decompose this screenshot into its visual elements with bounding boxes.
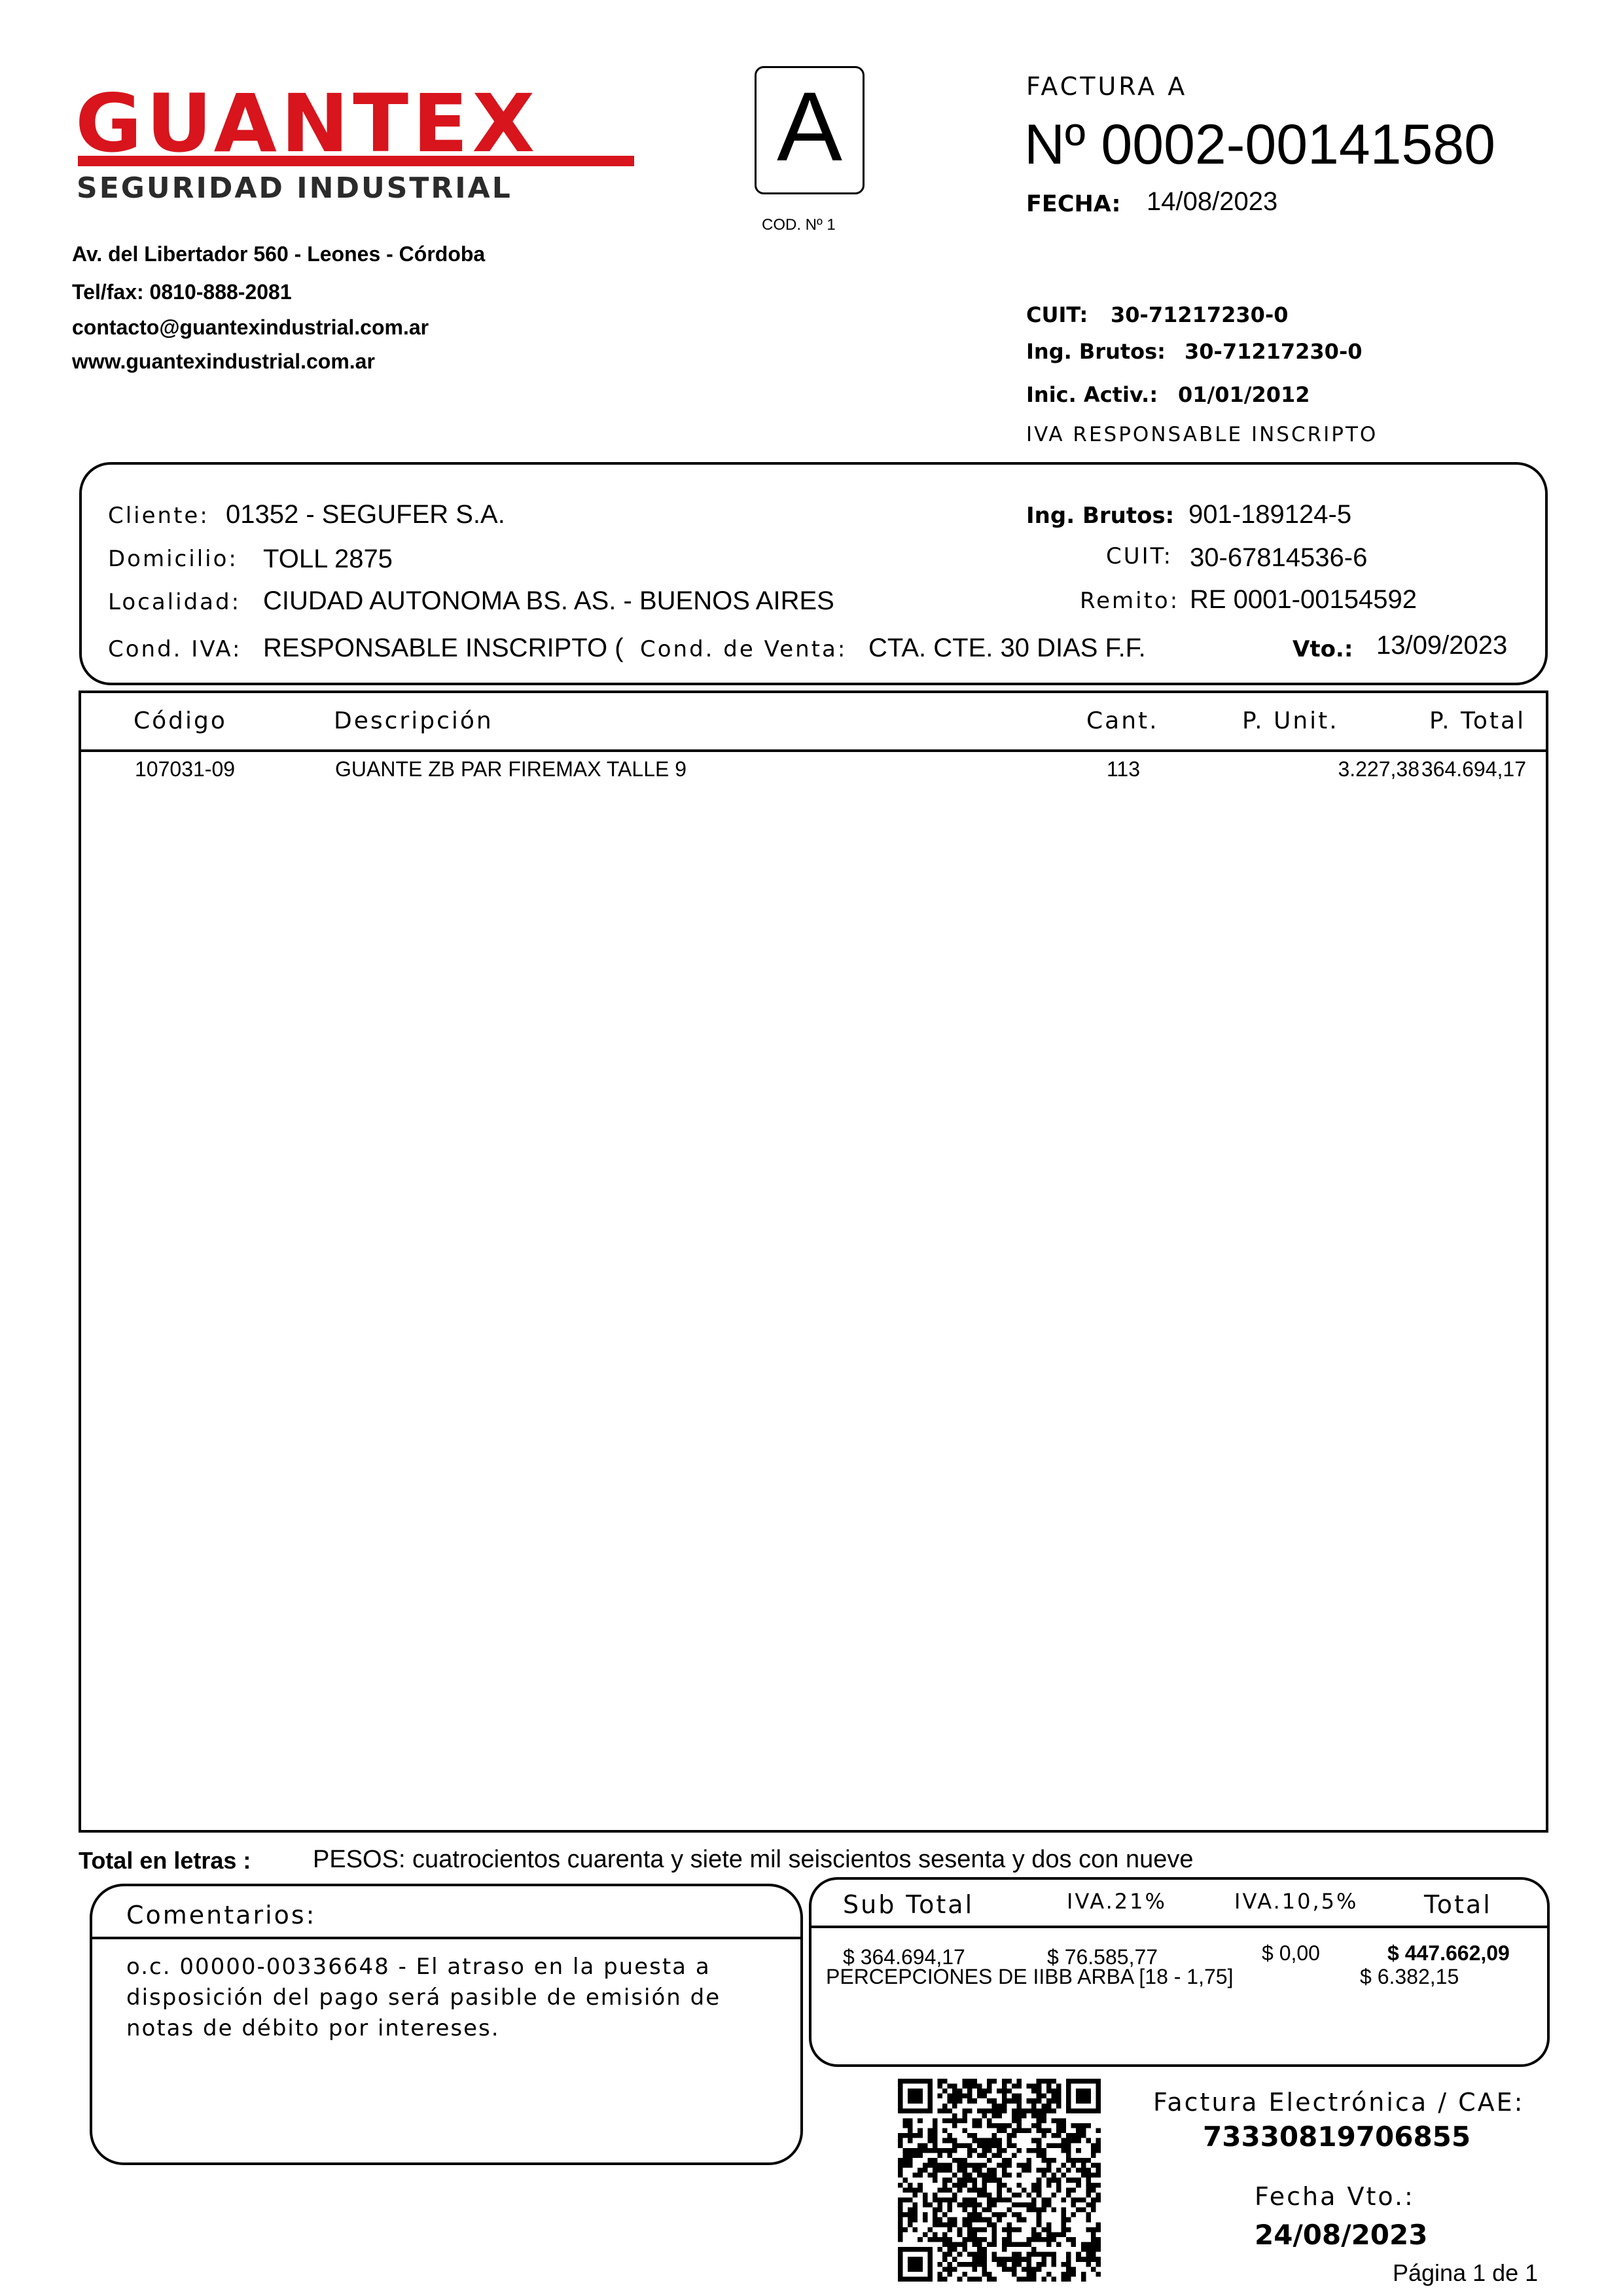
cae-fecha-vto-label: Fecha Vto.: — [1255, 2182, 1415, 2211]
issuer-cuit-label: CUIT: — [1026, 302, 1088, 327]
client-cuit-value: 30-67814536-6 — [1190, 543, 1367, 573]
company-website: www.guantexindustrial.com.ar — [72, 350, 375, 374]
comments-divider — [92, 1937, 800, 1939]
fecha-value: 14/08/2023 — [1147, 187, 1277, 217]
table-header-divider — [81, 749, 1546, 752]
cliente-value: 01352 - SEGUFER S.A. — [226, 500, 505, 529]
cae-number: 73330819706855 — [1203, 2121, 1471, 2153]
invoice-letter: A — [757, 77, 863, 175]
invoice-code: COD. Nº 1 — [762, 216, 836, 234]
total-value: $ 447.662,09 — [1387, 1941, 1510, 1965]
vto-value: 13/09/2023 — [1376, 631, 1507, 660]
column-header-descripcion: Descripción — [334, 708, 493, 734]
company-email: contacto@guantexindustrial.com.ar — [72, 315, 429, 340]
domicilio-label: Domicilio: — [108, 546, 238, 572]
cond-venta-label: Cond. de Venta: — [640, 636, 847, 662]
logo-wordmark: GUANTEX — [75, 84, 539, 164]
issuer-ing-brutos-value: 30-71217230-0 — [1185, 339, 1362, 364]
iva21-header: IVA.21% — [1067, 1889, 1167, 1914]
cell-cantidad: 113 — [1107, 757, 1140, 781]
comments-text: o.c. 00000-00336648 - El atraso en la pu… — [126, 1952, 781, 2044]
cond-iva-label: Cond. IVA: — [108, 636, 242, 662]
column-header-precio-unitario: P. Unit. — [1242, 708, 1339, 734]
localidad-value: CIUDAD AUTONOMA BS. AS. - BUENOS AIRES — [263, 586, 834, 616]
vto-label: Vto.: — [1293, 636, 1353, 662]
totals-box: Sub Total IVA.21% IVA.10,5% Total $ 364.… — [809, 1877, 1550, 2067]
subtotal-header: Sub Total — [843, 1890, 974, 1919]
iva105-value: $ 0,00 — [1262, 1941, 1320, 1965]
invoice-letter-box: A — [755, 66, 865, 194]
totals-divider — [811, 1926, 1547, 1928]
cond-iva-value: RESPONSABLE INSCRIPTO ( — [263, 634, 624, 663]
items-table: Código Descripción Cant. P. Unit. P. Tot… — [79, 691, 1548, 1833]
qr-code-icon — [898, 2079, 1101, 2282]
total-en-letras-label: Total en letras : — [79, 1847, 251, 1874]
column-header-cantidad: Cant. — [1086, 708, 1159, 734]
client-ing-brutos-label: Ing. Brutos: — [1026, 503, 1174, 529]
company-logo: GUANTEX SEGURIDAD INDUSTRIAL — [75, 84, 664, 221]
cae-fecha-vto-value: 24/08/2023 — [1255, 2219, 1427, 2251]
column-header-codigo: Código — [134, 708, 227, 734]
cae-label: Factura Electrónica / CAE: — [1153, 2088, 1524, 2117]
fecha-label: FECHA: — [1026, 191, 1121, 217]
column-header-precio-total: P. Total — [1429, 708, 1525, 734]
remito-value: RE 0001-00154592 — [1190, 585, 1417, 615]
cell-precio-total: 364.694,17 — [1383, 757, 1526, 781]
total-en-letras-value: PESOS: cuatrocientos cuarenta y siete mi… — [313, 1846, 1193, 1874]
cell-codigo: 107031-09 — [135, 757, 235, 781]
iva-condition: IVA RESPONSABLE INSCRIPTO — [1026, 423, 1378, 446]
client-ing-brutos-value: 901-189124-5 — [1188, 500, 1351, 529]
domicilio-value: TOLL 2875 — [263, 545, 393, 574]
percepciones-value: $ 6.382,15 — [1360, 1965, 1459, 1989]
cell-descripcion: GUANTE ZB PAR FIREMAX TALLE 9 — [335, 757, 687, 781]
logo-underline — [78, 156, 634, 166]
issuer-cuit-value: 30-71217230-0 — [1111, 302, 1288, 327]
localidad-label: Localidad: — [108, 589, 241, 615]
invoice-number: Nº 0002-00141580 — [1024, 117, 1495, 173]
comments-title: Comentarios: — [126, 1901, 316, 1929]
inic-activ-value: 01/01/2012 — [1178, 382, 1310, 407]
page-number: Página 1 de 1 — [1393, 2259, 1538, 2287]
invoice-title: FACTURA A — [1026, 72, 1187, 101]
company-phone: Tel/fax: 0810-888-2081 — [72, 280, 292, 304]
cond-venta-value: CTA. CTE. 30 DIAS F.F. — [868, 634, 1146, 663]
company-address: Av. del Libertador 560 - Leones - Córdob… — [72, 242, 485, 266]
cliente-label: Cliente: — [108, 503, 209, 529]
iva105-header: IVA.10,5% — [1234, 1889, 1358, 1914]
logo-tagline: SEGURIDAD INDUSTRIAL — [77, 174, 512, 203]
remito-label: Remito: — [1080, 588, 1179, 614]
comments-box: Comentarios: o.c. 00000-00336648 - El at… — [90, 1884, 803, 2165]
issuer-ing-brutos-label: Ing. Brutos: — [1026, 339, 1166, 364]
inic-activ-label: Inic. Activ.: — [1026, 382, 1158, 407]
client-cuit-label: CUIT: — [1106, 543, 1173, 569]
total-header: Total — [1424, 1890, 1492, 1919]
percepciones-label: PERCEPCIONES DE IIBB ARBA [18 - 1,75] — [826, 1965, 1233, 1989]
